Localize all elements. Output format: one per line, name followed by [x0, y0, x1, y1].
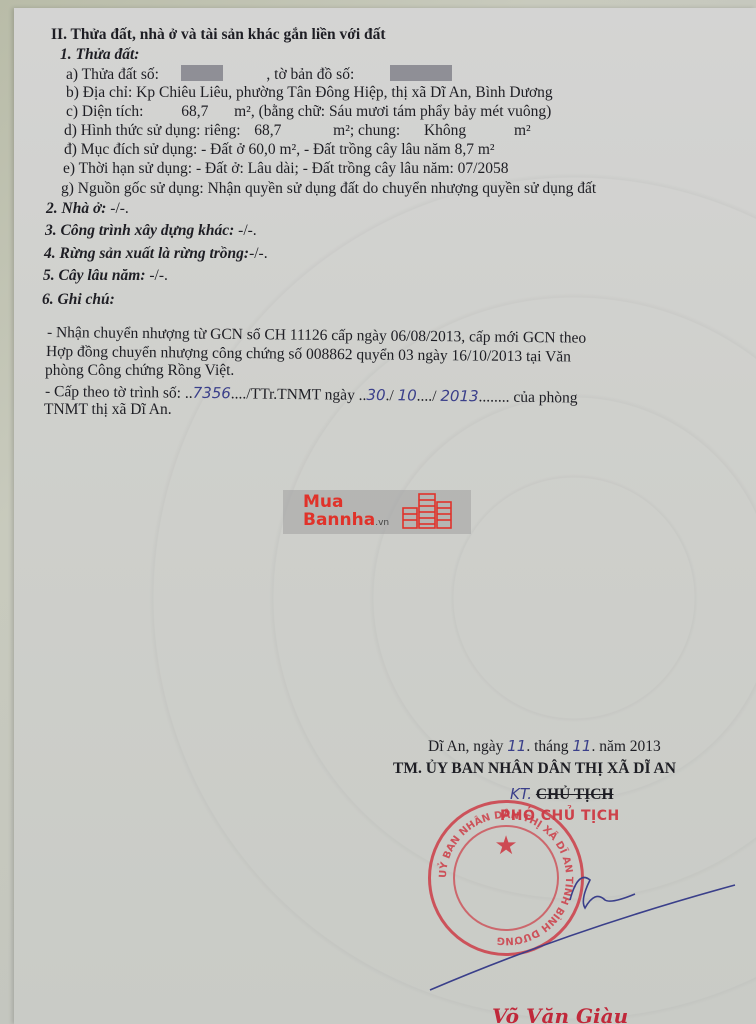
- note-line-3: phòng Công chứng Rồng Việt.: [45, 362, 234, 380]
- item-notes-label: 6. Ghi chú:: [42, 291, 115, 308]
- item-house-label: 2. Nhà ở:: [46, 200, 106, 217]
- land-parcel-line: a) Thửa đất số: , tờ bản đồ số:: [66, 65, 452, 84]
- parcel-number-redacted: [181, 65, 223, 81]
- origin-line: g) Nguồn gốc sử dụng: Nhận quyền sử dụng…: [61, 180, 596, 198]
- item-other-works-value: -/-.: [234, 222, 256, 239]
- usage-shared-label: m²; chung:: [333, 122, 400, 139]
- item-other-works-label: 3. Công trình xây dựng khác:: [45, 222, 234, 239]
- item-forest-value: -/-.: [249, 245, 268, 262]
- submission-number: 7356: [193, 384, 231, 402]
- watermark-text: Mua Bannha.vn: [303, 493, 389, 532]
- item-perennial-label: 5. Cây lâu năm:: [43, 267, 145, 284]
- handwritten-signature: [420, 840, 756, 1010]
- signer-name: Võ Văn Giàu: [492, 1004, 628, 1024]
- place-date-prefix: Dĩ An, ngày: [428, 738, 507, 755]
- item-perennial-value: -/-.: [145, 267, 167, 284]
- area-line: c) Diện tích: 68,7 m², (bằng chữ: Sáu mư…: [66, 103, 551, 121]
- watermark-logo: Mua Bannha.vn: [283, 490, 471, 534]
- map-sheet-redacted: [390, 65, 452, 81]
- usage-shared-unit: m²: [514, 122, 531, 139]
- watermark-line1: Mua: [303, 493, 389, 511]
- usage-form-line: d) Hình thức sử dụng: riêng: 68,7 m²; ch…: [64, 122, 531, 140]
- term-line: e) Thời hạn sử dụng: - Đất ở: Lâu dài; -…: [63, 160, 509, 178]
- submission-year: 2013: [440, 387, 478, 405]
- role-line: KT. CHỦ TỊCH: [510, 785, 614, 804]
- submission-suffix: ........ của phòng: [479, 388, 578, 406]
- item-other-works: 3. Công trình xây dựng khác: -/-.: [45, 222, 257, 240]
- usage-shared-value: Không: [424, 122, 466, 139]
- usage-private-value: 68,7: [254, 122, 281, 139]
- building-icon: [401, 492, 453, 530]
- year-label: . năm 2013: [591, 738, 660, 755]
- section-title: II. Thửa đất, nhà ở và tài sản khác gắn …: [51, 26, 386, 44]
- item-notes: 6. Ghi chú:: [42, 291, 115, 309]
- map-sheet-label: , tờ bản đồ số:: [266, 66, 354, 83]
- purpose-line: đ) Mục đích sử dụng: - Đất ở 60,0 m², - …: [64, 141, 495, 159]
- submission-month: 10: [398, 386, 417, 404]
- sign-month: 11: [572, 737, 591, 755]
- item-perennial: 5. Cây lâu năm: -/-.: [43, 267, 168, 285]
- role-crossed: CHỦ TỊCH: [536, 786, 614, 803]
- date-sep: ./: [385, 387, 397, 404]
- area-unit-words: m², (bằng chữ: Sáu mươi tám phẩy bảy mét…: [234, 103, 551, 120]
- place-date: Dĩ An, ngày 11. tháng 11. năm 2013: [428, 737, 661, 756]
- authority-title: TM. ỦY BAN NHÂN DÂN THỊ XÃ DĨ AN: [393, 760, 676, 778]
- submission-day: 30: [366, 386, 385, 404]
- date-sep: ..../: [417, 388, 441, 405]
- submission-mid: ..../TTr.TNMT ngày ..: [231, 385, 367, 404]
- parcel-number-label: a) Thửa đất số:: [66, 66, 159, 83]
- watermark-line2: Bannha: [303, 510, 375, 530]
- month-label: . tháng: [526, 738, 572, 755]
- item-forest: 4. Rừng sản xuất là rừng trồng:-/-.: [44, 245, 268, 263]
- watermark-suffix: .vn: [375, 518, 389, 528]
- item-forest-label: 4. Rừng sản xuất là rừng trồng:: [44, 245, 249, 262]
- item-house-value: -/-.: [106, 200, 128, 217]
- area-value: 68,7: [181, 103, 208, 120]
- item-house: 2. Nhà ở: -/-.: [46, 200, 129, 218]
- sign-day: 11: [507, 737, 526, 755]
- usage-form-label: d) Hình thức sử dụng: riêng:: [64, 122, 241, 139]
- note-line-5: TNMT thị xã Dĩ An.: [44, 401, 172, 419]
- area-label: c) Diện tích:: [66, 103, 143, 120]
- land-heading: 1. Thửa đất:: [60, 46, 139, 64]
- submission-prefix: - Cấp theo tờ trình số: ..: [45, 383, 193, 402]
- address-line: b) Địa chỉ: Kp Chiêu Liêu, phường Tân Đô…: [66, 84, 553, 102]
